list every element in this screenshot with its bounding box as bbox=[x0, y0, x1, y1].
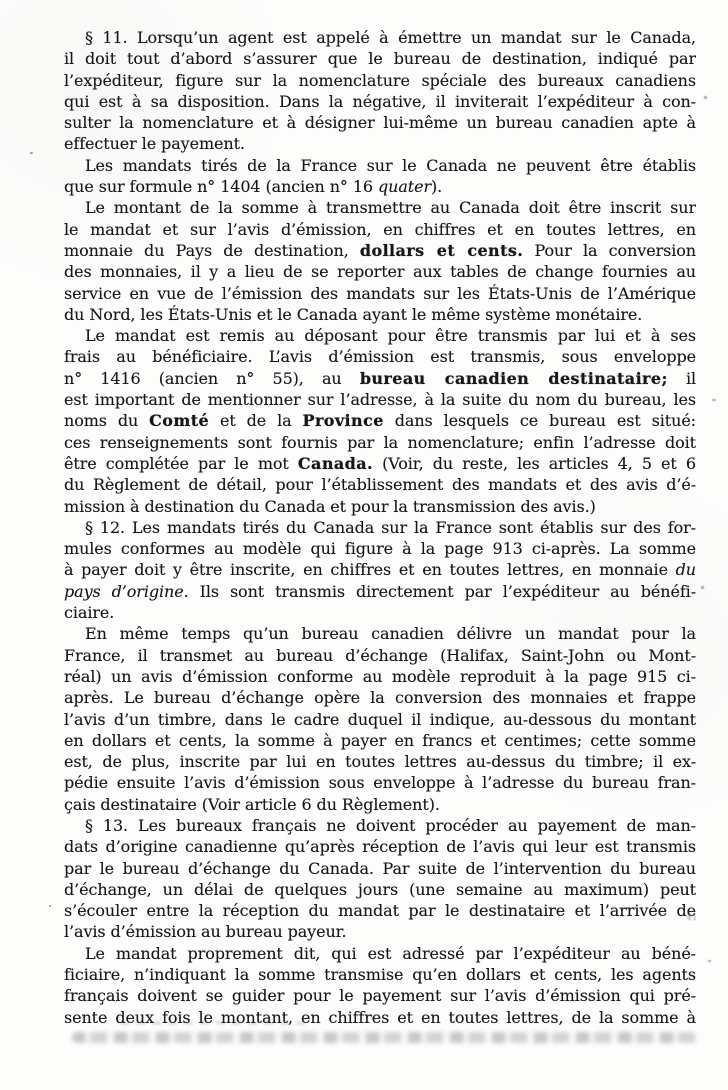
text-run: n° 1416 (ancien n° 55), au bbox=[64, 369, 360, 388]
text-run: ciaire. bbox=[64, 603, 114, 622]
text-run: effectuer le payement. bbox=[64, 134, 245, 153]
text-run: l’avis d’un timbre, dans le cadre duquel… bbox=[64, 710, 696, 729]
text-run: est important de mentionner sur l’adress… bbox=[64, 390, 696, 409]
text-column: § 11. Lorsqu’un agent est appelé à émett… bbox=[64, 27, 696, 1028]
text-run: après. Le bureau d’échange opère la conv… bbox=[64, 688, 696, 707]
text-line: dats d’origine canadienne qu’après récep… bbox=[64, 836, 696, 857]
text-line: ficiaire, n’indiquant la somme transmise… bbox=[64, 964, 696, 985]
text-line: effectuer le payement. bbox=[64, 133, 696, 154]
text-run: Le montant de la somme à transmettre au … bbox=[85, 198, 696, 217]
text-line: il doit tout d’abord s’assurer que le bu… bbox=[64, 48, 696, 69]
text-line: des monnaies, il y a lieu de se reporter… bbox=[64, 261, 696, 282]
text-run: (Voir, du reste, les articles 4, 5 et 6 bbox=[373, 454, 696, 473]
text-run: l’expéditeur, figure sur la nomenclature… bbox=[64, 71, 696, 90]
text-run: noms du bbox=[64, 411, 149, 430]
text-line: qui est à sa disposition. Dans la négati… bbox=[64, 91, 696, 112]
text-line: France, il transmet au bureau d’échange … bbox=[64, 645, 696, 666]
text-line: réal) un avis d’émission conforme au mod… bbox=[64, 666, 696, 687]
text-line: d’échange, un délai de quelques jours (u… bbox=[64, 879, 696, 900]
text-run: Le mandat est remis au déposant pour êtr… bbox=[85, 326, 696, 345]
text-line: En même temps qu’un bureau canadien déli… bbox=[64, 623, 696, 644]
text-line: § 12. Les mandats tirés du Canada sur la… bbox=[64, 517, 696, 538]
bold-text-run: Province bbox=[303, 411, 384, 430]
text-run: sulter la nomenclature et à désigner lui… bbox=[64, 113, 696, 132]
text-run: monnaie du Pays de destination, bbox=[64, 241, 360, 260]
text-line: l’avis d’un timbre, dans le cadre duquel… bbox=[64, 709, 696, 730]
text-line: ciaire. bbox=[64, 602, 696, 623]
text-line: sulter la nomenclature et à désigner lui… bbox=[64, 112, 696, 133]
text-line: est important de mentionner sur l’adress… bbox=[64, 389, 696, 410]
text-run: dats d’origine canadienne qu’après récep… bbox=[64, 837, 696, 856]
text-line: à payer doit y être inscrite, en chiffre… bbox=[64, 559, 696, 580]
text-line: Le mandat proprement dit, qui est adress… bbox=[64, 943, 696, 964]
text-run: service en vue de l’émission des mandats… bbox=[64, 284, 696, 303]
text-run: France, il transmet au bureau d’échange … bbox=[64, 646, 696, 665]
text-run: français doivent se guider pour le payem… bbox=[64, 986, 696, 1005]
text-line: pays d’origine. Ils sont transmis direct… bbox=[64, 581, 696, 602]
text-line: monnaie du Pays de destination, dollars … bbox=[64, 240, 696, 261]
text-line: du Nord, les États-Unis et le Canada aya… bbox=[64, 304, 696, 325]
text-run: qui est à sa disposition. Dans la négati… bbox=[64, 92, 696, 111]
text-line: s’écouler entre la réception du mandat p… bbox=[64, 900, 696, 921]
text-line: Le montant de la somme à transmettre au … bbox=[64, 197, 696, 218]
scanned-page: § 11. Lorsqu’un agent est appelé à émett… bbox=[0, 0, 728, 1090]
text-line: l’avis d’émission au bureau payeur. bbox=[64, 921, 696, 942]
text-line: mules conformes au modèle qui figure à l… bbox=[64, 538, 696, 559]
text-line: en dollars et cents, la somme à payer en… bbox=[64, 730, 696, 751]
italic-text-run: pays d’origine. bbox=[64, 582, 189, 601]
text-run: en dollars et cents, la somme à payer en… bbox=[64, 731, 696, 750]
bold-text-run: dollars et cents. bbox=[360, 241, 523, 260]
text-run: Les mandats tirés de la France sur le Ca… bbox=[85, 156, 696, 175]
text-line: être complétée par le mot Canada. (Voir,… bbox=[64, 453, 696, 474]
text-line: çais destinataire (Voir article 6 du Règ… bbox=[64, 794, 696, 815]
text-run: § 12. Les mandats tirés du Canada sur la… bbox=[85, 518, 696, 537]
scan-speck bbox=[704, 96, 707, 99]
bold-text-run: Comté bbox=[149, 411, 209, 430]
text-run: ces renseignements sont fournis par la n… bbox=[64, 433, 696, 452]
text-line: du Règlement de détail, pour l’établisse… bbox=[64, 474, 696, 495]
text-line: mission à destination du Canada et pour … bbox=[64, 496, 696, 517]
text-run: il doit tout d’abord s’assurer que le bu… bbox=[64, 49, 696, 68]
text-run: que sur formule n° 1404 (ancien n° 16 bbox=[64, 177, 378, 196]
text-line: frais au bénéficiaire. L’avis d’émission… bbox=[64, 346, 696, 367]
text-run: dans lesquels ce bureau est situé: bbox=[384, 411, 696, 430]
text-line: après. Le bureau d’échange opère la conv… bbox=[64, 687, 696, 708]
text-run: § 13. Les bureaux français ne doivent pr… bbox=[85, 816, 696, 835]
scan-speck bbox=[30, 152, 33, 154]
text-run: mission à destination du Canada et pour … bbox=[64, 497, 596, 516]
scan-speck bbox=[701, 586, 704, 589]
scan-speck bbox=[49, 905, 51, 907]
text-run: réal) un avis d’émission conforme au mod… bbox=[64, 667, 696, 686]
text-line: le mandat et sur l’avis d’émission, en c… bbox=[64, 219, 696, 240]
text-run: il bbox=[668, 369, 696, 388]
text-run: ). bbox=[431, 177, 442, 196]
italic-text-run: du bbox=[676, 560, 696, 579]
text-line: pédie ensuite l’avis d’émission sous env… bbox=[64, 772, 696, 793]
text-run: Le mandat proprement dit, qui est adress… bbox=[85, 944, 696, 963]
bold-text-run: bureau canadien destinataire; bbox=[360, 369, 668, 388]
text-line: que sur formule n° 1404 (ancien n° 16 qu… bbox=[64, 176, 696, 197]
text-line: par le bureau d’échange du Canada. Par s… bbox=[64, 858, 696, 879]
text-run: et de la bbox=[209, 411, 302, 430]
text-run: § 11. Lorsqu’un agent est appelé à émett… bbox=[85, 28, 696, 47]
text-run: par le bureau d’échange du Canada. Par s… bbox=[64, 859, 696, 878]
text-run: d’échange, un délai de quelques jours (u… bbox=[64, 880, 696, 899]
text-line: § 13. Les bureaux français ne doivent pr… bbox=[64, 815, 696, 836]
text-line: Les mandats tirés de la France sur le Ca… bbox=[64, 155, 696, 176]
bold-text-run: Canada. bbox=[298, 454, 373, 473]
text-line: service en vue de l’émission des mandats… bbox=[64, 283, 696, 304]
text-run: être complétée par le mot bbox=[64, 454, 298, 473]
text-run: frais au bénéficiaire. L’avis d’émission… bbox=[64, 347, 696, 366]
text-run: Ils sont transmis directement par l’expé… bbox=[189, 582, 696, 601]
bleed-through-smudge-small bbox=[120, 1021, 310, 1025]
text-run: Pour la conversion bbox=[523, 241, 696, 260]
text-line: n° 1416 (ancien n° 55), au bureau canadi… bbox=[64, 368, 696, 389]
text-run: çais destinataire (Voir article 6 du Règ… bbox=[64, 795, 440, 814]
bleed-through-smudge bbox=[72, 1032, 698, 1043]
text-line: l’expéditeur, figure sur la nomenclature… bbox=[64, 70, 696, 91]
text-line: ces renseignements sont fournis par la n… bbox=[64, 432, 696, 453]
text-line: Le mandat est remis au déposant pour êtr… bbox=[64, 325, 696, 346]
text-run: s’écouler entre la réception du mandat p… bbox=[64, 901, 696, 920]
text-run: du Règlement de détail, pour l’établisse… bbox=[64, 475, 696, 494]
margin-scan-artifact: 41 bbox=[686, 913, 697, 923]
text-line: est, de plus, inscrite par lui en toutes… bbox=[64, 751, 696, 772]
text-run: ficiaire, n’indiquant la somme transmise… bbox=[64, 965, 696, 984]
scan-speck bbox=[712, 399, 716, 401]
text-line: § 11. Lorsqu’un agent est appelé à émett… bbox=[64, 27, 696, 48]
text-run: le mandat et sur l’avis d’émission, en c… bbox=[64, 220, 696, 239]
text-run: En même temps qu’un bureau canadien déli… bbox=[85, 624, 696, 643]
text-run: l’avis d’émission au bureau payeur. bbox=[64, 922, 346, 941]
text-line: noms du Comté et de la Province dans les… bbox=[64, 410, 696, 431]
text-run: du Nord, les États-Unis et le Canada aya… bbox=[64, 305, 642, 324]
text-run: des monnaies, il y a lieu de se reporter… bbox=[64, 262, 696, 281]
text-line: français doivent se guider pour le payem… bbox=[64, 985, 696, 1006]
text-run: mules conformes au modèle qui figure à l… bbox=[64, 539, 696, 558]
text-run: est, de plus, inscrite par lui en toutes… bbox=[64, 752, 696, 771]
scan-speck bbox=[708, 960, 711, 962]
text-run: pédie ensuite l’avis d’émission sous env… bbox=[64, 773, 696, 792]
italic-text-run: quater bbox=[378, 177, 431, 196]
text-run: à payer doit y être inscrite, en chiffre… bbox=[64, 560, 676, 579]
